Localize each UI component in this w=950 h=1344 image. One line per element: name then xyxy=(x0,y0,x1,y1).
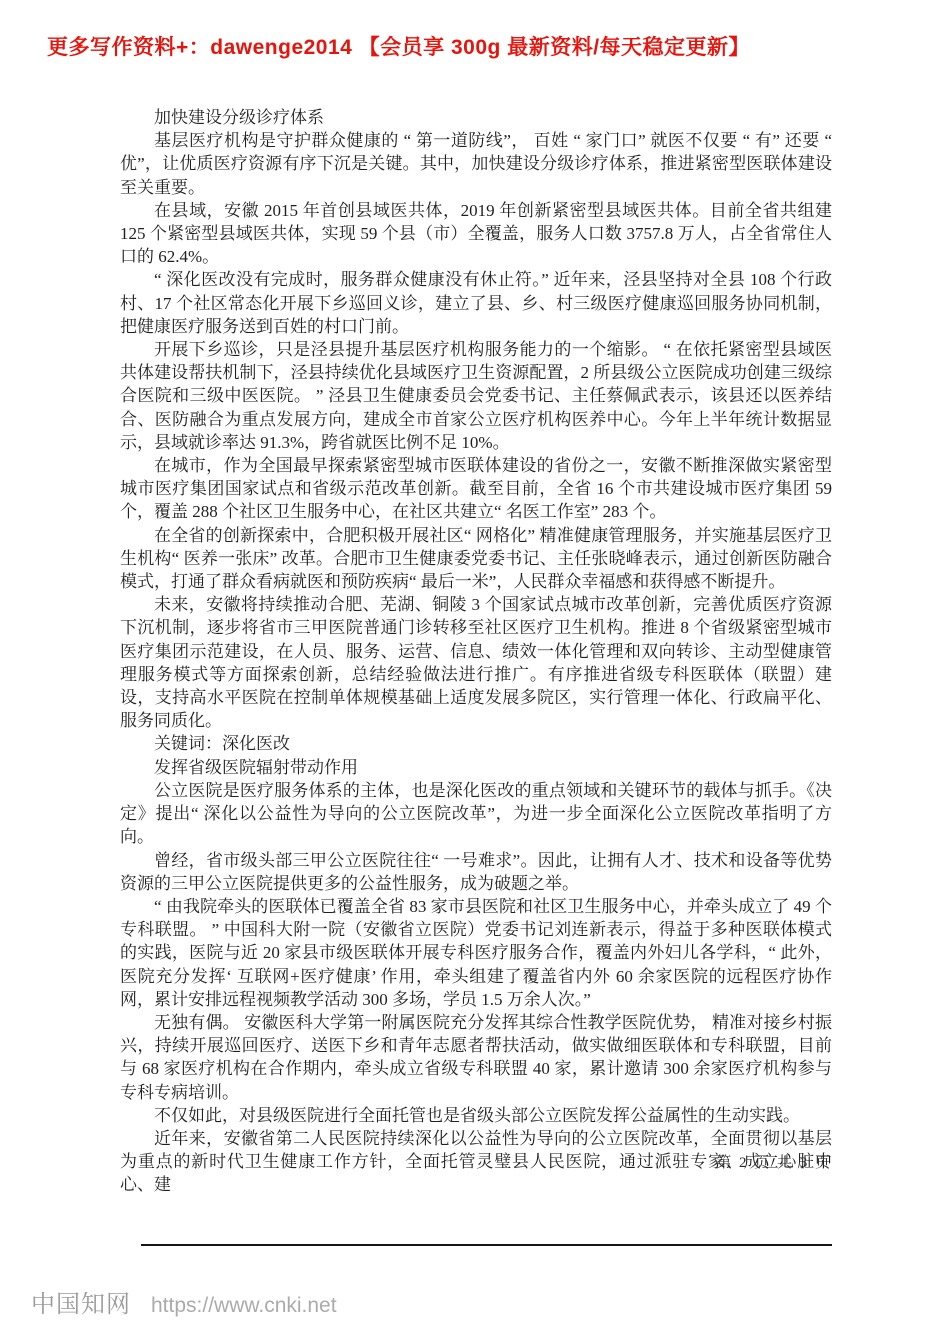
paragraph: “ 由我院牵头的医联体已覆盖全省 83 家市县医院和社区卫生服务中心，并牵头成立… xyxy=(120,895,832,1011)
document-body: 加快建设分级诊疗体系 基层医疗机构是守护群众健康的 “ 第一道防线”， 百姓 “… xyxy=(120,106,832,1197)
paragraph: 在全省的创新探索中，合肥积极开展社区“ 网格化” 精准健康管理服务，并实施基层医… xyxy=(120,524,832,594)
paragraph: “ 深化医改没有完成时，服务群众健康没有休止符。” 近年来，泾县坚持对全县 10… xyxy=(120,268,832,338)
cnki-url-label: https://www.cnki.net xyxy=(151,1294,337,1318)
cnki-brand-label: 中国知网 xyxy=(31,1284,131,1319)
paragraph: 曾经，省市级头部三甲公立医院往往“ 一号难求”。因此，让拥有人才、技术和设备等优… xyxy=(120,849,832,895)
paragraph: 无独有偶。 安徽医科大学第一附属医院充分发挥其综合性教学医院优势， 精准对接乡村… xyxy=(120,1011,832,1104)
footer-divider-line xyxy=(141,1244,832,1246)
section-heading: 发挥省级医院辐射带动作用 xyxy=(120,756,832,779)
paragraph: 未来，安徽将持续推动合肥、芜湖、铜陵 3 个国家试点城市改革创新，完善优质医疗资… xyxy=(120,593,832,732)
promo-banner: 更多写作资料+：dawenge2014 【会员享 300g 最新资料/每天稳定更… xyxy=(47,31,917,61)
paragraph: 在城市，作为全国最早探索紧密型城市医联体建设的省份之一，安徽不断推深做实紧密型城… xyxy=(120,454,832,524)
page-number: 第 2 页 共 3 页 xyxy=(120,1151,832,1172)
paragraph: 公立医院是医疗服务体系的主体，也是深化医改的重点领域和关键环节的载体与抓手。《决… xyxy=(120,779,832,849)
paragraph: 在县域，安徽 2015 年首创县域医共体，2019 年创新紧密型县域医共体。目前… xyxy=(120,199,832,269)
paragraph: 不仅如此，对县级医院进行全面托管也是省级头部公立医院发挥公益属性的生动实践。 xyxy=(120,1104,832,1127)
paragraph: 基层医疗机构是守护群众健康的 “ 第一道防线”， 百姓 “ 家门口” 就医不仅要… xyxy=(120,129,832,199)
document-page: 更多写作资料+：dawenge2014 【会员享 300g 最新资料/每天稳定更… xyxy=(0,0,950,1344)
cnki-watermark: 中国知网 https://www.cnki.net xyxy=(31,1284,337,1319)
paragraph: 开展下乡巡诊，只是泾县提升基层医疗机构服务能力的一个缩影。 “ 在依托紧密型县域… xyxy=(120,338,832,454)
section-heading: 加快建设分级诊疗体系 xyxy=(120,106,832,129)
keywords-line: 关键词：深化医改 xyxy=(120,732,832,755)
